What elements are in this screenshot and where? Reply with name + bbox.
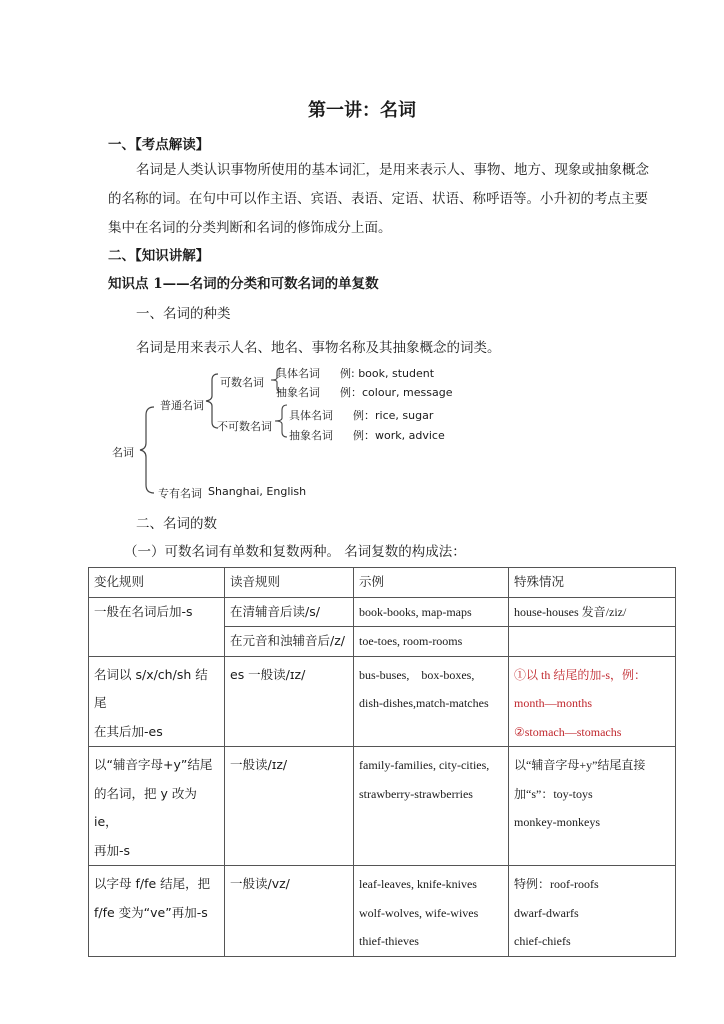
table-cell-rule: 以字母 f/fe 结尾，把 f/fe 变为“ve”再加-s	[89, 866, 225, 957]
diagram-example: 例：rice, sugar	[353, 407, 433, 423]
page-title: 第一讲：名词	[0, 96, 724, 122]
table-cell-rule: 一般在名词后加-s	[89, 597, 225, 656]
table-cell-special	[509, 627, 676, 657]
cell-line: 在其后加-es	[94, 718, 219, 747]
plural-rules-table: 变化规则 读音规则 示例 特殊情况 一般在名词后加-s 在清辅音后读/s/ bo…	[88, 567, 676, 957]
diagram-root-label: 名词	[112, 444, 134, 460]
table-cell-special: ①以 th 结尾的加-s，例： month—months ②stomach—st…	[509, 656, 676, 747]
table-cell-pronunciation: 一般读/ɪz/	[225, 747, 354, 866]
cell-line: f/fe 变为“ve”再加-s	[94, 899, 219, 928]
diagram-countable: 可数名词	[220, 374, 264, 390]
subsection-title: 一、名词的种类	[136, 302, 231, 322]
table-cell-special: 特例：roof-roofs dwarf-dwarfs chief-chiefs	[509, 866, 676, 957]
table-cell-example: toe-toes, room-rooms	[354, 627, 509, 657]
table-cell-pronunciation: 在元音和浊辅音后/z/	[225, 627, 354, 657]
table-cell-special: 以“辅音字母+y”结尾直接 加“s”：toy-toys monkey-monke…	[509, 747, 676, 866]
cell-line: 的名词，把 y 改为 ie，	[94, 780, 219, 837]
cell-line: 特例：roof-roofs	[514, 870, 670, 899]
paragraph-line: 集中在名词的分类判断和名词的修饰成分上面。	[108, 216, 392, 236]
diagram-proper-noun: 专有名词	[158, 485, 202, 501]
diagram-example: 例: book, student	[340, 365, 434, 381]
cell-line: month—months	[514, 689, 670, 718]
subsection-title: 二、名词的数	[136, 512, 217, 532]
knowledge-point-title: 知识点 1——名词的分类和可数名词的单复数	[108, 272, 379, 292]
paragraph-line: 的名称的词。在句中可以作主语、宾语、表语、定语、状语、称呼语等。小升初的考点主要	[108, 187, 648, 207]
subsection-text: 名词是用来表示人名、地名、事物名称及其抽象概念的词类。	[136, 336, 501, 356]
table-row: 名词以 s/x/ch/sh 结尾 在其后加-es es 一般读/ɪz/ bus-…	[89, 656, 676, 747]
cell-line: 以字母 f/fe 结尾，把	[94, 870, 219, 899]
table-cell-pronunciation: 在清辅音后读/s/	[225, 597, 354, 627]
table-row: 一般在名词后加-s 在清辅音后读/s/ book-books, map-maps…	[89, 597, 676, 627]
cell-line: 加“s”：toy-toys	[514, 780, 670, 809]
cell-line: bus-buses, box-boxes,	[359, 661, 503, 690]
table-cell-rule: 以“辅音字母+y”结尾 的名词，把 y 改为 ie， 再加-s	[89, 747, 225, 866]
table-header: 变化规则	[89, 568, 225, 598]
table-cell-example: family-families, city-cities, strawberry…	[354, 747, 509, 866]
diagram-countable-child: 具体名词	[276, 365, 320, 381]
diagram-countable-child: 抽象名词	[276, 384, 320, 400]
cell-line: dwarf-dwarfs	[514, 899, 670, 928]
cell-line: leaf-leaves, knife-knives	[359, 870, 503, 899]
cell-line: 以“辅音字母+y”结尾	[94, 751, 219, 780]
diagram-uncountable-child: 抽象名词	[289, 427, 333, 443]
table-cell-rule: 名词以 s/x/ch/sh 结尾 在其后加-es	[89, 656, 225, 747]
table-cell-example: leaf-leaves, knife-knives wolf-wolves, w…	[354, 866, 509, 957]
uncountable-brace-icon	[273, 403, 289, 439]
cell-line: wolf-wolves, wife-wives	[359, 899, 503, 928]
root-brace-icon	[140, 405, 160, 495]
section-heading-exam-points: 一、【考点解读】	[108, 133, 209, 153]
diagram-common-noun: 普通名词	[160, 397, 204, 413]
table-header: 示例	[354, 568, 509, 598]
table-header: 特殊情况	[509, 568, 676, 598]
paragraph-line: 名词是人类认识事物所使用的基本词汇，是用来表示人、事物、地方、现象或抽象概念	[136, 158, 649, 178]
cell-line: 名词以 s/x/ch/sh 结尾	[94, 661, 219, 718]
cell-line: strawberry-strawberries	[359, 780, 503, 809]
cell-line: thief-thieves	[359, 927, 503, 956]
table-cell-example: book-books, map-maps	[354, 597, 509, 627]
diagram-uncountable: 不可数名词	[217, 418, 272, 434]
table-row: 以“辅音字母+y”结尾 的名词，把 y 改为 ie， 再加-s 一般读/ɪz/ …	[89, 747, 676, 866]
cell-line: dish-dishes,match-matches	[359, 689, 503, 718]
diagram-example: 例：colour, message	[340, 384, 453, 400]
table-cell-pronunciation: 一般读/vz/	[225, 866, 354, 957]
table-row: 以字母 f/fe 结尾，把 f/fe 变为“ve”再加-s 一般读/vz/ le…	[89, 866, 676, 957]
diagram-example: 例：work, advice	[353, 427, 445, 443]
table-cell-pronunciation: es 一般读/ɪz/	[225, 656, 354, 747]
subsection-text: （一）可数名词有单数和复数两种。 名词复数的构成法：	[124, 540, 466, 560]
table-header-row: 变化规则 读音规则 示例 特殊情况	[89, 568, 676, 598]
cell-line: 再加-s	[94, 837, 219, 866]
cell-line: family-families, city-cities,	[359, 751, 503, 780]
section-heading-knowledge: 二、【知识讲解】	[108, 244, 209, 264]
diagram-uncountable-child: 具体名词	[289, 407, 333, 423]
table-cell-example: bus-buses, box-boxes, dish-dishes,match-…	[354, 656, 509, 747]
cell-line: ①以 th 结尾的加-s，例：	[514, 661, 670, 690]
table-cell-special: house-houses 发音/ziz/	[509, 597, 676, 627]
cell-line: ②stomach—stomachs	[514, 718, 670, 747]
cell-line: monkey-monkeys	[514, 808, 670, 837]
cell-line: chief-chiefs	[514, 927, 670, 956]
table-header: 读音规则	[225, 568, 354, 598]
diagram-proper-example: Shanghai, English	[208, 485, 306, 498]
cell-line: 以“辅音字母+y”结尾直接	[514, 751, 670, 780]
